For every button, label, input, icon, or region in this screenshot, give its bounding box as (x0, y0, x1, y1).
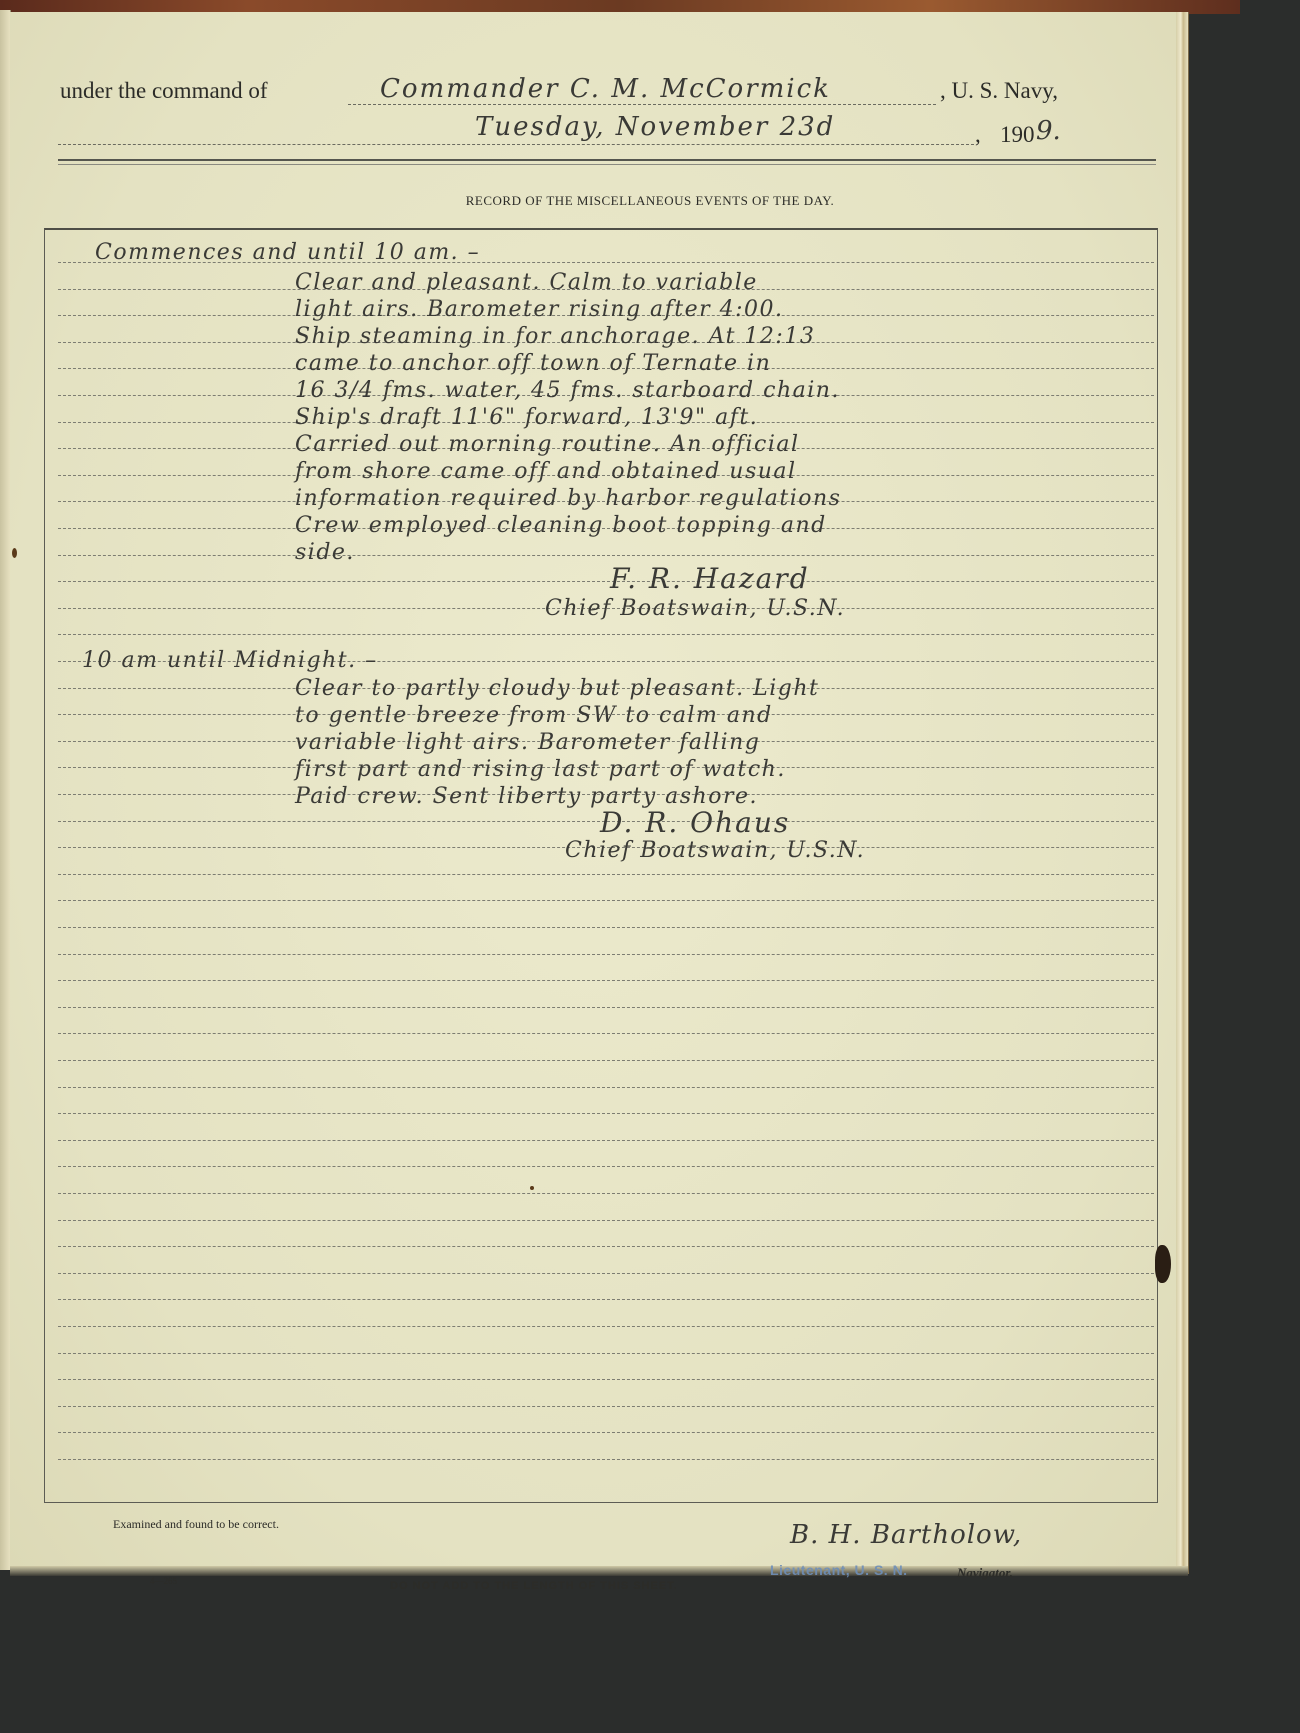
ruled-line (58, 555, 1154, 556)
ruled-line (58, 1007, 1154, 1008)
entry-line: to gentle breeze from SW to calm and (295, 703, 773, 728)
paper-speck (530, 1186, 534, 1190)
ruled-line (58, 927, 1154, 928)
ruled-line (58, 1033, 1154, 1034)
section-title: RECORD OF THE MISCELLANEOUS EVENTS OF TH… (0, 193, 1300, 209)
log-date: Tuesday, November 23d (475, 112, 835, 142)
ruled-line (58, 1193, 1154, 1194)
navigator-title: Navigator. (957, 1565, 1013, 1581)
right-page-edge (1176, 12, 1189, 1574)
page-clip-mark (1155, 1245, 1171, 1283)
ruled-line (58, 954, 1154, 955)
entry-line: came to anchor off town of Ternate in (295, 351, 771, 376)
commander-name: Commander C. M. McCormick (380, 74, 831, 104)
officer-signature: F. R. Hazard (610, 562, 810, 595)
rank-stamp: Lieutenant, U. S. N. (770, 1562, 908, 1578)
officer-rank: Chief Boatswain, U.S.N. (545, 596, 845, 621)
officer-signature: D. R. Ohaus (600, 806, 790, 839)
header-divider (58, 159, 1156, 165)
ruled-line (58, 1299, 1154, 1300)
ruled-line (58, 1246, 1154, 1247)
service-label: , U. S. Navy, (940, 78, 1058, 104)
entry-line: 16 3/4 fms. water, 45 fms. starboard cha… (295, 378, 840, 403)
ruled-line (58, 634, 1154, 635)
ruled-line (58, 1087, 1154, 1088)
ruled-line (58, 1326, 1154, 1327)
form-number: 4—265 (150, 1576, 177, 1586)
entry-line: light airs. Barometer rising after 4:00. (295, 297, 784, 322)
ruled-line (58, 1220, 1154, 1221)
entry-line: Clear to partly cloudy but pleasant. Lig… (295, 676, 819, 701)
year-printed: 190 (1000, 122, 1035, 148)
year-comma: , (975, 122, 981, 148)
ruled-line (58, 1273, 1154, 1274)
officer-rank: Chief Boatswain, U.S.N. (565, 838, 865, 863)
ruled-line (58, 874, 1154, 875)
entry-line: from shore came off and obtained usual (295, 459, 797, 484)
year-handwritten: 9. (1036, 116, 1061, 146)
length-warning: DO NOT ADD TO THE LENGTH OF THIS SHEET. (390, 1580, 678, 1592)
entry-line: first part and rising last part of watch… (295, 757, 786, 782)
entry-line: Ship steaming in for anchorage. At 12:13 (295, 324, 815, 349)
ruled-line (58, 1406, 1154, 1407)
entry-line: information required by harbor regulatio… (295, 486, 841, 511)
examined-statement: Examined and found to be correct. (113, 1517, 279, 1532)
ruled-line (58, 1432, 1154, 1433)
ruled-line (58, 1379, 1154, 1380)
ruled-line (58, 1060, 1154, 1061)
ruled-line (58, 980, 1154, 981)
command-label: under the command of (60, 78, 268, 104)
paper-speck (12, 548, 17, 558)
entry-line: side. (295, 540, 355, 565)
entry-line: Ship's draft 11'6" forward, 13'9" aft. (295, 405, 758, 430)
ruled-line (58, 1353, 1154, 1354)
ruled-line (58, 900, 1154, 901)
entry-line: Carried out morning routine. An official (295, 432, 800, 457)
watch-heading: 10 am until Midnight. – (82, 648, 378, 673)
entry-line: Crew employed cleaning boot topping and (295, 513, 827, 538)
date-fill-line (58, 144, 974, 145)
entry-line: variable light airs. Barometer falling (295, 730, 760, 755)
ruled-line (58, 1166, 1154, 1167)
watch-heading: Commences and until 10 am. – (95, 240, 480, 265)
navigator-signature: B. H. Bartholow, (790, 1520, 1022, 1550)
ruled-line (58, 1113, 1154, 1114)
ruled-line (58, 1459, 1154, 1460)
entry-line: Clear and pleasant. Calm to variable (295, 270, 758, 295)
ruled-line (58, 1140, 1154, 1141)
ruled-line (58, 581, 1154, 582)
commander-fill-line (348, 104, 936, 105)
